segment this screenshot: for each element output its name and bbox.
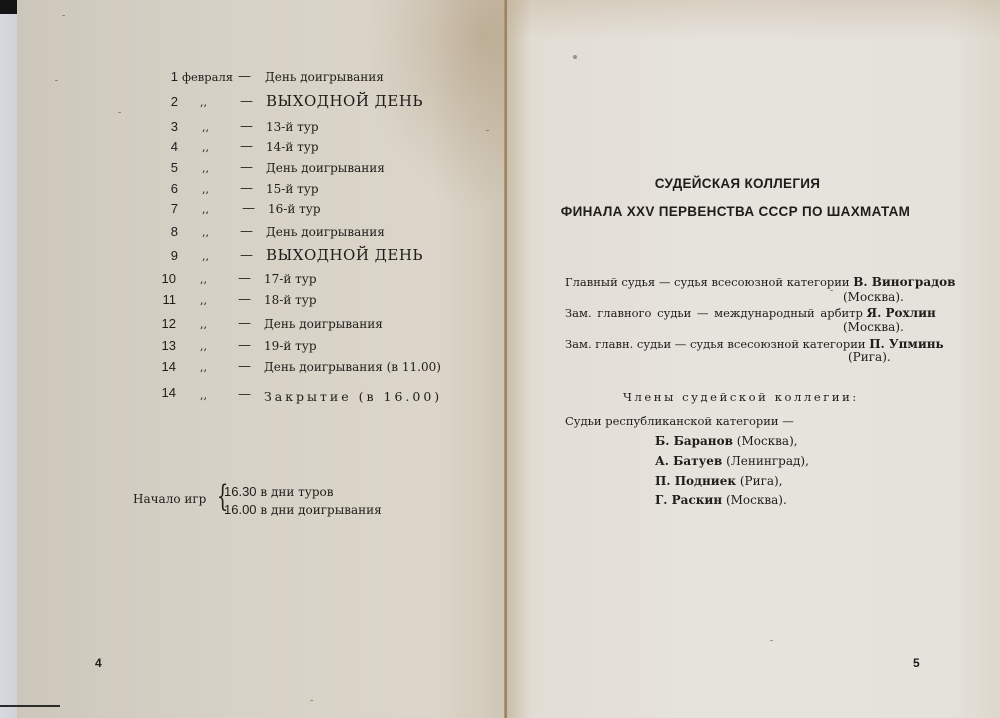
- start-time: 16.30: [224, 484, 257, 499]
- member-city: (Ленинград),: [726, 454, 809, 468]
- member-name: Б. Баранов: [655, 434, 733, 448]
- official-role: Главный судья — судья всесоюзной категор…: [565, 275, 850, 289]
- day-number: 5: [148, 160, 178, 175]
- paper-speck: [55, 80, 58, 81]
- day-number: 11: [146, 292, 176, 307]
- member-entry: Б. Баранов (Москва),: [655, 434, 798, 448]
- day-number: 8: [148, 224, 178, 239]
- day-number: 9: [148, 248, 178, 263]
- member-name: А. Батуев: [655, 454, 722, 468]
- republican-category-heading: Судьи республиканской категории —: [565, 414, 794, 428]
- day-number: 7: [148, 201, 178, 216]
- page-number-right: 5: [913, 656, 920, 670]
- ditto-mark: ,,: [202, 162, 209, 175]
- dash: —: [238, 338, 251, 353]
- paper-speck: [573, 55, 577, 59]
- official-name: В. Виноградов: [853, 275, 955, 289]
- event-text: 17-й тур: [264, 272, 317, 286]
- dash: —: [240, 119, 253, 134]
- day-number: 13: [146, 338, 176, 353]
- member-city: (Москва).: [726, 493, 787, 507]
- event-text: 18-й тур: [264, 293, 317, 307]
- paper-speck: [486, 130, 489, 131]
- dash: —: [238, 316, 251, 331]
- official-role: Зам. главного судьи — международный арби…: [565, 306, 863, 320]
- ditto-mark: ,,: [202, 183, 209, 196]
- member-name: П. Подниек: [655, 474, 736, 488]
- day-number: 4: [148, 139, 178, 154]
- ditto-mark: ,,: [202, 141, 209, 154]
- paper-speck: [118, 112, 121, 113]
- start-time-desc: в дни туров: [260, 485, 333, 499]
- dash: —: [240, 224, 253, 239]
- official-name: Я. Рохлин: [867, 306, 936, 320]
- member-name: Г. Раскин: [655, 493, 722, 507]
- dash: —: [238, 271, 251, 286]
- event-text: 15-й тур: [266, 182, 319, 196]
- event-text: 13-й тур: [266, 120, 319, 134]
- dash: —: [238, 292, 251, 307]
- dash: —: [240, 160, 253, 175]
- background-strip: [0, 0, 17, 718]
- paper-speck: [310, 700, 313, 701]
- official-entry: Главный судья — судья всесоюзной категор…: [565, 275, 955, 289]
- page-number-left: 4: [95, 656, 102, 670]
- official-name: П. Упминь: [869, 337, 943, 351]
- day-number: 2: [148, 94, 178, 109]
- dash: —: [240, 94, 253, 109]
- committee-title: СУДЕЙСКАЯ КОЛЛЕГИЯ: [491, 176, 984, 191]
- member-city: (Рига),: [740, 474, 783, 488]
- official-city: (Москва).: [843, 290, 904, 304]
- table-edge: [0, 705, 60, 707]
- ditto-mark: ,,: [202, 121, 209, 134]
- official-entry: Зам. главного судьи — международный арби…: [565, 306, 936, 320]
- event-text: День доигрывания: [266, 225, 385, 239]
- dash: —: [238, 387, 251, 402]
- dash: —: [238, 69, 251, 84]
- ditto-mark: ,,: [200, 340, 207, 353]
- day-number: 10: [146, 271, 176, 286]
- event-text: 16-й тур: [268, 202, 321, 216]
- dash: —: [242, 201, 255, 216]
- ditto-mark: ,,: [202, 250, 209, 263]
- official-entry: Зам. главн. судьи — судья всесоюзной кат…: [565, 337, 944, 351]
- ditto-mark: ,,: [202, 226, 209, 239]
- game-start-line: 16.30 в дни туров: [224, 484, 334, 499]
- members-heading: Члены судейской коллегии:: [623, 390, 859, 404]
- day-number: 14: [146, 385, 176, 400]
- left-page: [17, 0, 507, 718]
- game-start-label: Начало игр: [133, 492, 206, 506]
- ditto-mark: ,,: [200, 389, 207, 402]
- member-entry: П. Подниек (Рига),: [655, 474, 783, 488]
- paper-speck: [62, 15, 65, 16]
- event-text: День доигрывания: [266, 161, 385, 175]
- event-text: День доигрывания: [264, 317, 383, 331]
- day-number: 3: [148, 119, 178, 134]
- event-text: Закрытие (в 16.00): [264, 389, 442, 404]
- member-entry: Г. Раскин (Москва).: [655, 493, 787, 507]
- dash: —: [240, 248, 253, 263]
- event-text: День доигрывания (в 11.00): [264, 360, 441, 374]
- month-label: февраля: [182, 70, 233, 84]
- official-city: (Москва).: [843, 320, 904, 334]
- official-city: (Рига).: [848, 350, 891, 364]
- dash: —: [240, 139, 253, 154]
- event-text: 19-й тур: [264, 339, 317, 353]
- ditto-mark: ,,: [202, 203, 209, 216]
- day-number: 12: [146, 316, 176, 331]
- paper-speck: [770, 640, 773, 641]
- game-start-line: 16.00 в дни доигрывания: [224, 502, 382, 517]
- event-text: ВЫХОДНОЙ ДЕНЬ: [266, 92, 423, 110]
- championship-title: ФИНАЛА XXV ПЕРВЕНСТВА СССР ПО ШАХМАТАМ: [489, 204, 982, 219]
- dash: —: [240, 181, 253, 196]
- event-text: ВЫХОДНОЙ ДЕНЬ: [266, 246, 423, 264]
- ditto-mark: ,,: [200, 96, 207, 109]
- start-time: 16.00: [224, 502, 257, 517]
- ditto-mark: ,,: [200, 273, 207, 286]
- ditto-mark: ,,: [200, 318, 207, 331]
- member-city: (Москва),: [737, 434, 798, 448]
- day-number: 1: [148, 69, 178, 84]
- day-number: 6: [148, 181, 178, 196]
- event-text: 14-й тур: [266, 140, 319, 154]
- right-page: СУДЕЙСКАЯ КОЛЛЕГИЯ ФИНАЛА XXV ПЕРВЕНСТВА…: [507, 0, 1000, 718]
- ditto-mark: ,,: [200, 294, 207, 307]
- dash: —: [238, 359, 251, 374]
- official-role: Зам. главн. судьи — судья всесоюзной кат…: [565, 337, 866, 351]
- start-time-desc: в дни доигрывания: [260, 503, 381, 517]
- event-text: День доигрывания: [265, 70, 384, 84]
- paper-speck: [830, 290, 833, 291]
- day-number: 14: [146, 359, 176, 374]
- member-entry: А. Батуев (Ленинград),: [655, 454, 809, 468]
- ditto-mark: ,,: [200, 361, 207, 374]
